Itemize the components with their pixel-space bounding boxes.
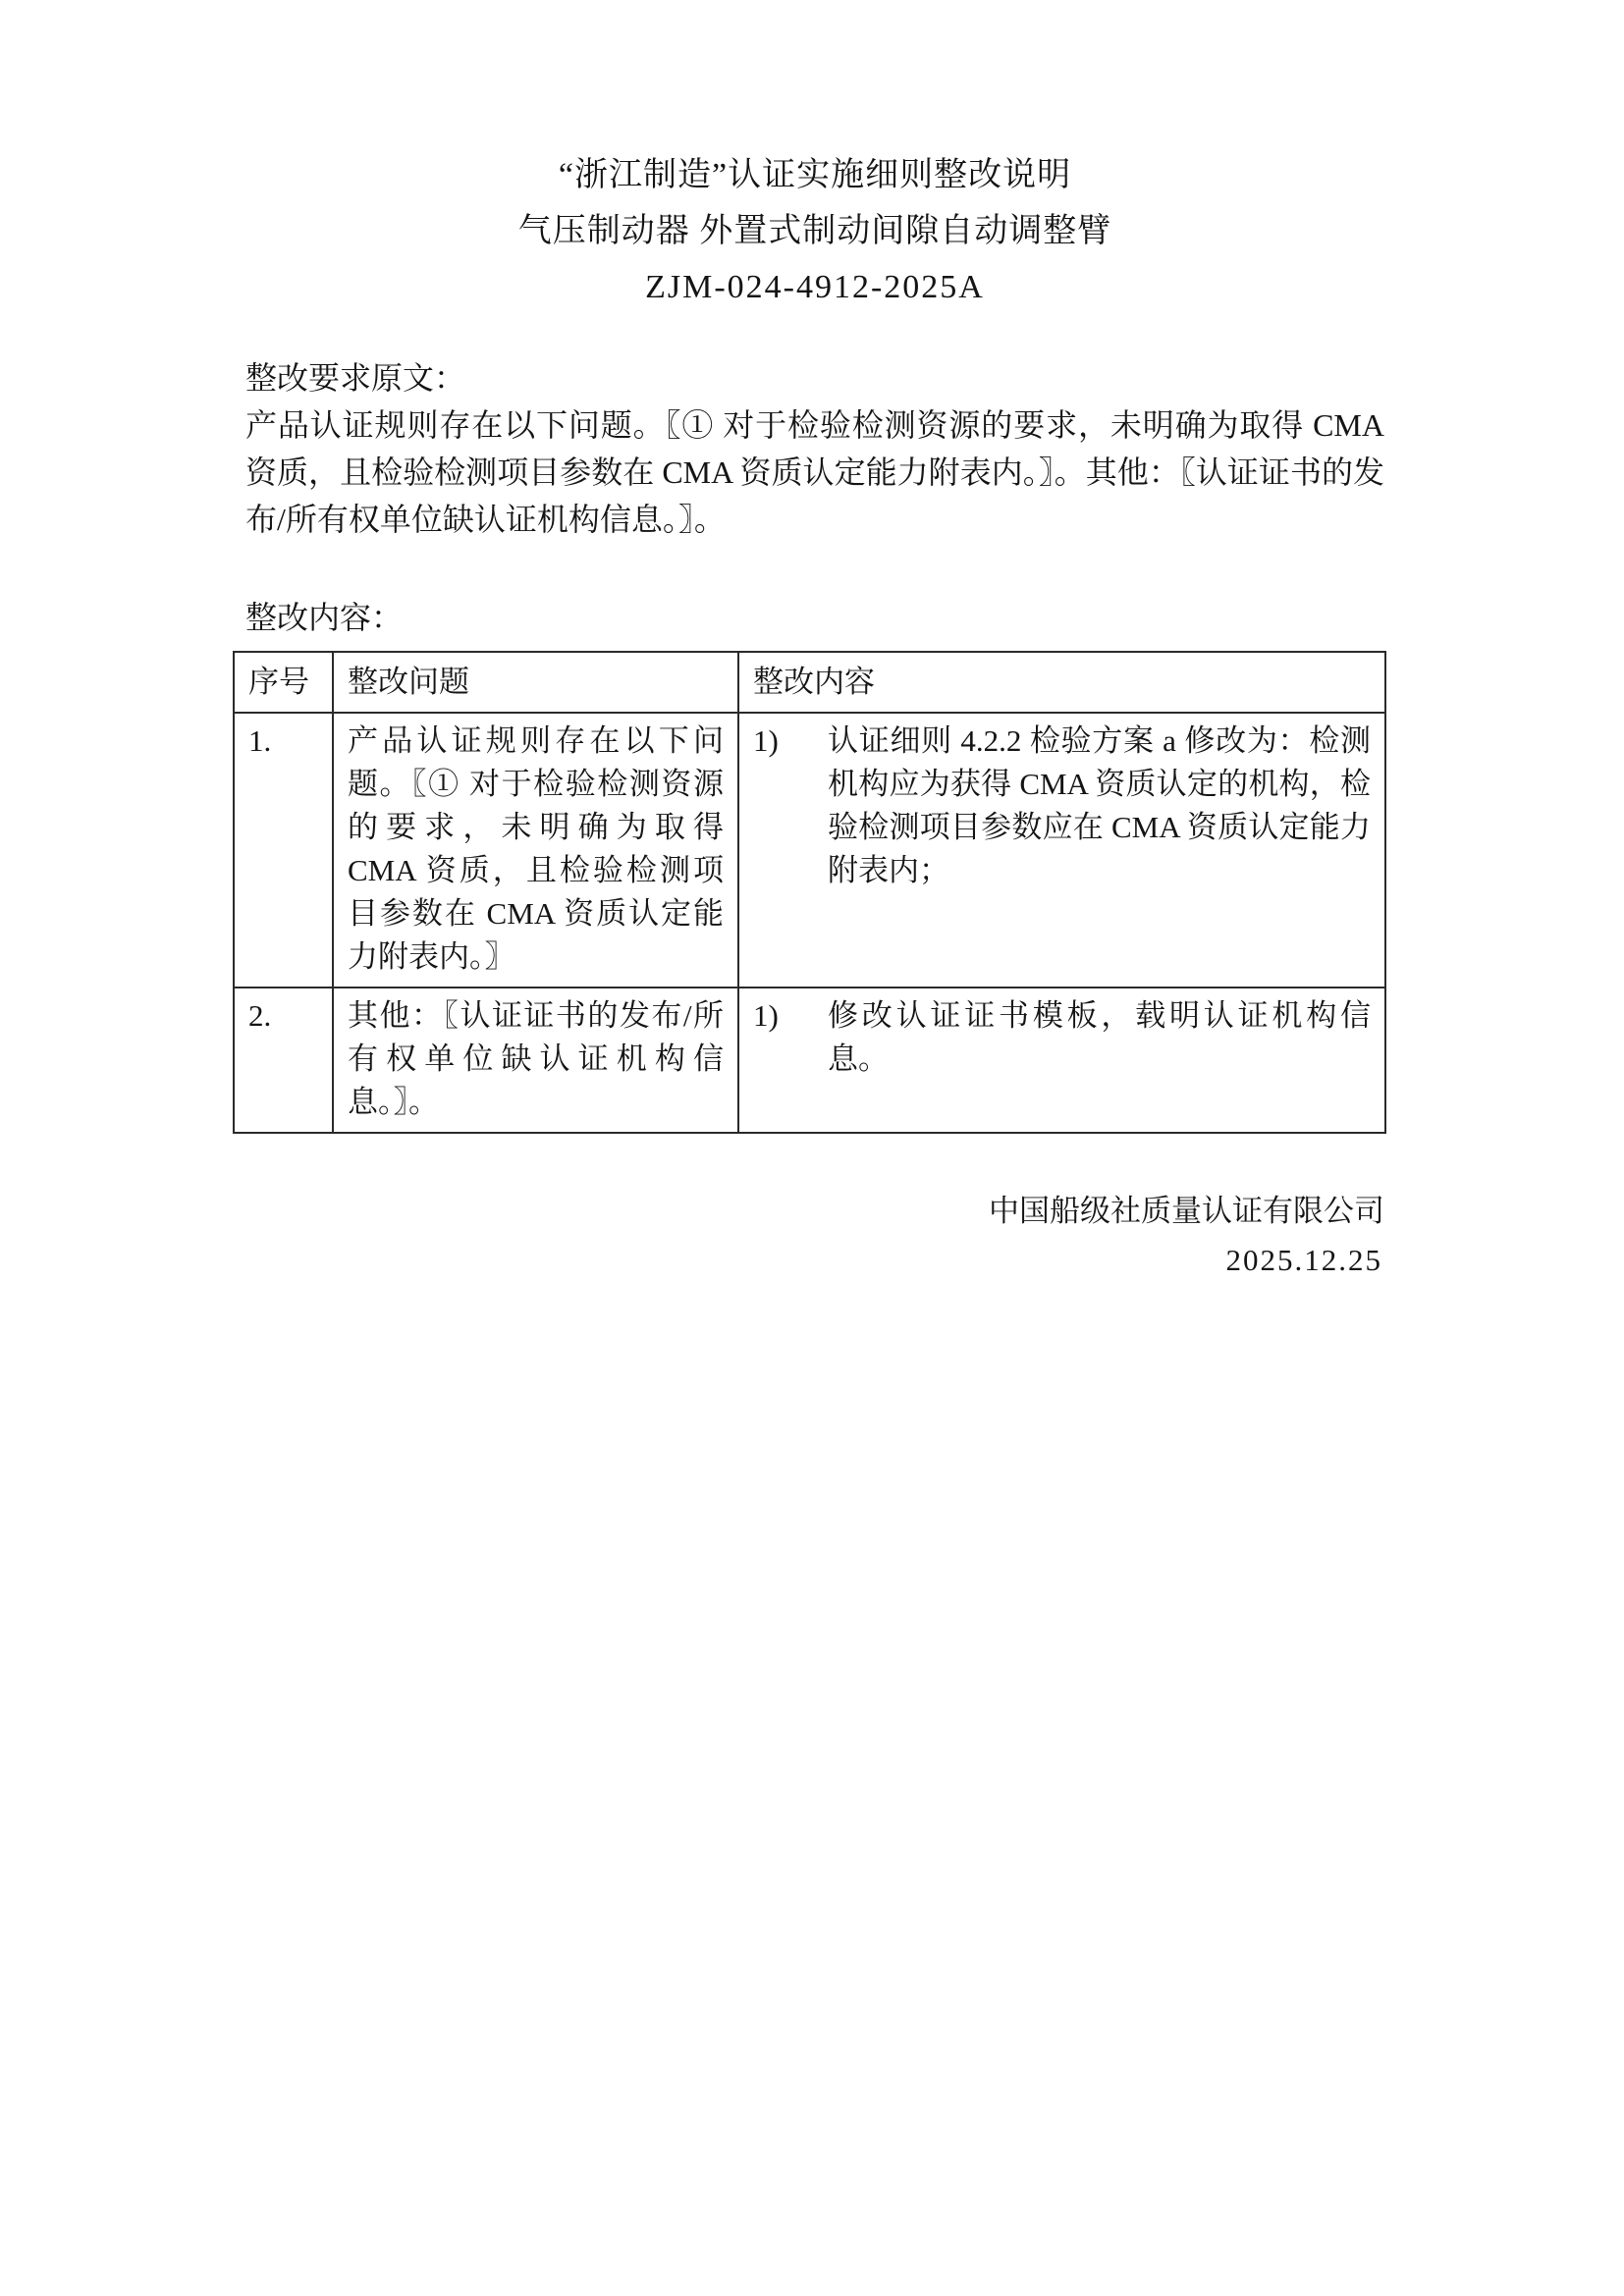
row-1-no: 1. bbox=[234, 713, 333, 988]
row-2-action-text: 修改认证证书模板，载明认证机构信息。 bbox=[828, 994, 1371, 1081]
signature-block: 中国船级社质量认证有限公司 2025.12.25 bbox=[245, 1187, 1384, 1285]
row-1-action-text: 认证细则 4.2.2 检验方案 a 修改为：检测机构应为获得 CMA 资质认定的… bbox=[828, 720, 1371, 892]
document-subtitle: 气压制动器 外置式制动间隙自动调整臂 bbox=[245, 203, 1384, 259]
document-page: “浙江制造”认证实施细则整改说明 气压制动器 外置式制动间隙自动调整臂 ZJM-… bbox=[0, 0, 1624, 2296]
row-1-problem-text: 产品认证规则存在以下问题。〖① 对于检验检测资源的要求，未明确为取得 CMA 资… bbox=[348, 720, 724, 979]
header-cell-action: 整改内容 bbox=[738, 652, 1385, 713]
row-2-action-item: 1) 修改认证证书模板，载明认证机构信息。 bbox=[753, 994, 1371, 1081]
rectification-table: 序号 整改问题 整改内容 1. 产品认证规则存在以下问题。〖① 对于检验检测资源… bbox=[233, 651, 1386, 1134]
row-1-action-item: 1) 认证细则 4.2.2 检验方案 a 修改为：检测机构应为获得 CMA 资质… bbox=[753, 720, 1371, 892]
header-cell-problem: 整改问题 bbox=[333, 652, 738, 713]
row-2-problem: 其他：〖认证证书的发布/所有权单位缺认证机构信息。〗。 bbox=[333, 988, 738, 1133]
row-2-action-marker: 1) bbox=[753, 994, 828, 1038]
signature-date: 2025.12.25 bbox=[245, 1236, 1384, 1285]
row-2-no: 2. bbox=[234, 988, 333, 1133]
content-section-label: 整改内容： bbox=[245, 594, 1384, 641]
document-number: ZJM-024-4912-2025A bbox=[245, 259, 1384, 315]
table-row: 1. 产品认证规则存在以下问题。〖① 对于检验检测资源的要求，未明确为取得 CM… bbox=[234, 713, 1385, 988]
table-row: 2. 其他：〖认证证书的发布/所有权单位缺认证机构信息。〗。 1) 修改认证证书… bbox=[234, 988, 1385, 1133]
document-content: “浙江制造”认证实施细则整改说明 气压制动器 外置式制动间隙自动调整臂 ZJM-… bbox=[0, 0, 1624, 1285]
table-header-row: 序号 整改问题 整改内容 bbox=[234, 652, 1385, 713]
signature-company: 中国船级社质量认证有限公司 bbox=[245, 1187, 1384, 1236]
row-2-action: 1) 修改认证证书模板，载明认证机构信息。 bbox=[738, 988, 1385, 1133]
row-1-action: 1) 认证细则 4.2.2 检验方案 a 修改为：检测机构应为获得 CMA 资质… bbox=[738, 713, 1385, 988]
row-2-problem-text: 其他：〖认证证书的发布/所有权单位缺认证机构信息。〗。 bbox=[348, 994, 724, 1124]
header-cell-no: 序号 bbox=[234, 652, 333, 713]
document-title: “浙江制造”认证实施细则整改说明 bbox=[245, 147, 1384, 203]
row-1-action-marker: 1) bbox=[753, 720, 828, 763]
title-block: “浙江制造”认证实施细则整改说明 气压制动器 外置式制动间隙自动调整臂 ZJM-… bbox=[245, 147, 1384, 315]
request-paragraph: 产品认证规则存在以下问题。〖① 对于检验检测资源的要求，未明确为取得 CMA 资… bbox=[245, 401, 1384, 543]
request-section-label: 整改要求原文： bbox=[245, 354, 1384, 401]
row-1-problem: 产品认证规则存在以下问题。〖① 对于检验检测资源的要求，未明确为取得 CMA 资… bbox=[333, 713, 738, 988]
